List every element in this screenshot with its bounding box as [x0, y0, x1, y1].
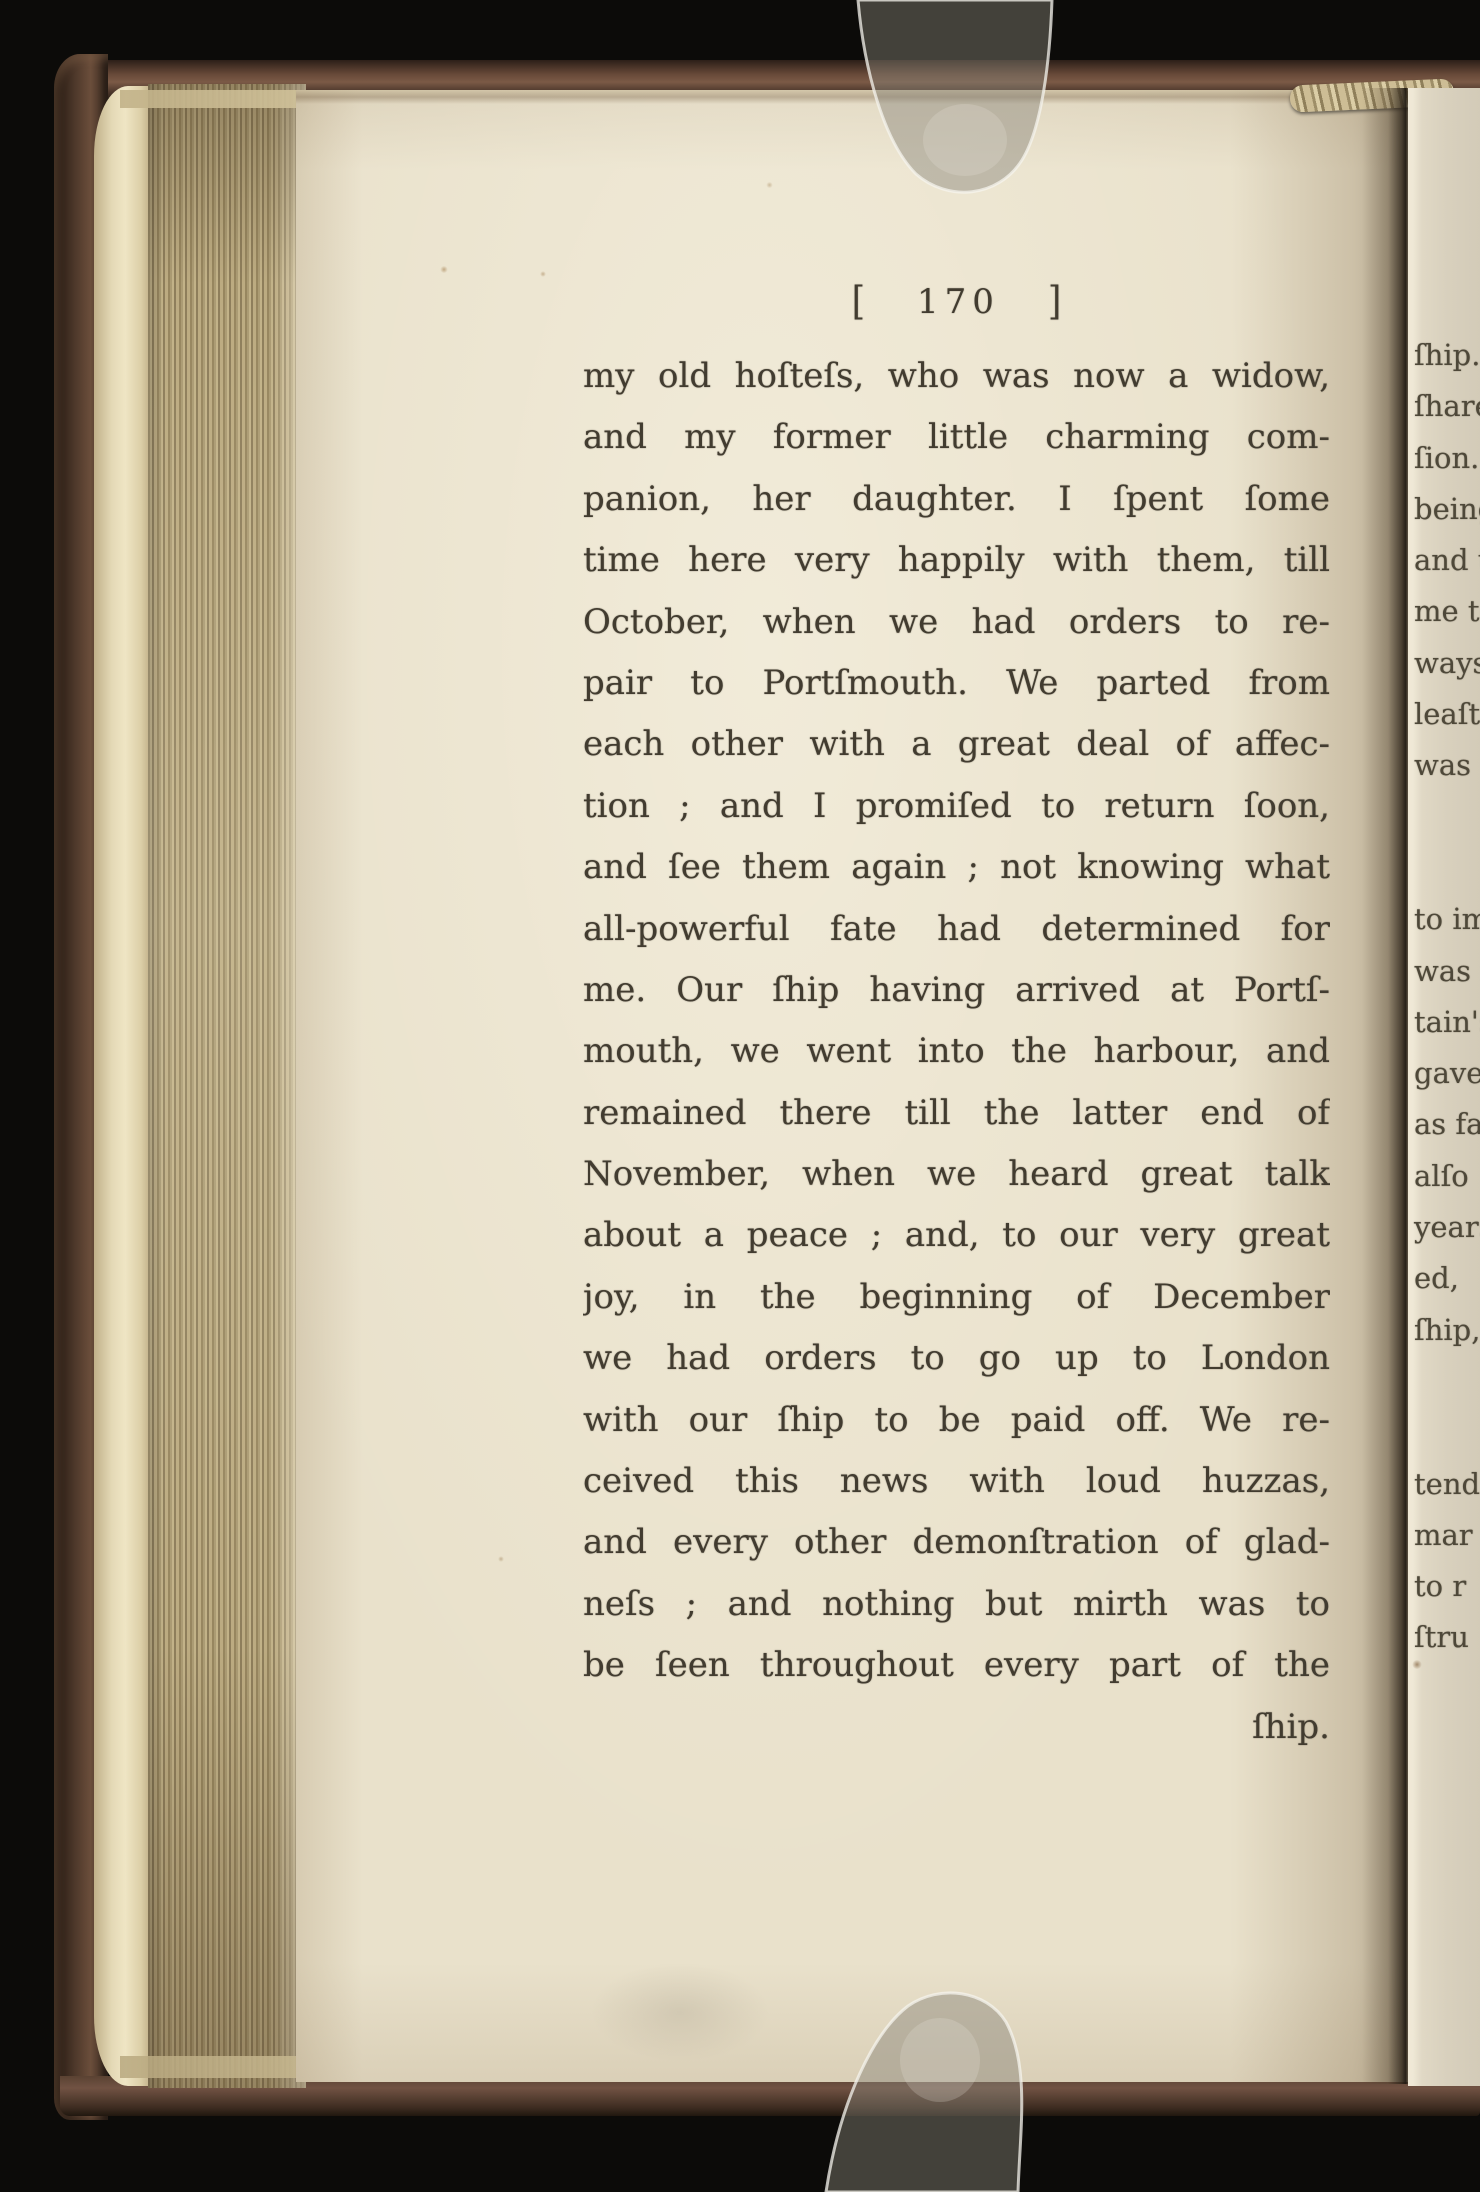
text-line: remained there till the latter end of	[583, 1083, 1330, 1144]
text-line: October, when we had orders to re-	[583, 592, 1330, 653]
right-page-edge: ſhip.ſhare oſion.being fand thme toways …	[1408, 88, 1480, 2086]
text-line: with our ſhip to be paid off. We re-	[583, 1390, 1330, 1451]
fragment-line	[1414, 843, 1480, 894]
text-line: and ſee them again ; not knowing what	[583, 837, 1330, 898]
text-line-final: ſhip.	[583, 1697, 1330, 1758]
foxing-spot	[498, 1556, 504, 1562]
text-line: each other with a great deal of affec-	[583, 714, 1330, 775]
fragment-line: was in	[1414, 946, 1480, 997]
fragment-line: and th	[1414, 535, 1480, 586]
page-number: 170	[917, 282, 1000, 322]
text-block: my old hoſteſs, who was now a widow,and …	[583, 346, 1330, 1758]
text-line: be ſeen throughout every part of the	[583, 1635, 1330, 1696]
fragment-line: me to	[1414, 586, 1480, 637]
fragment-line: to r	[1414, 1561, 1480, 1612]
fragment-line: tend	[1414, 1459, 1480, 1510]
fragment-line: ſhip,	[1414, 1305, 1480, 1356]
page-smudge	[590, 1962, 770, 2062]
page-number-header: [170]	[583, 282, 1330, 344]
book-photograph: ſhip.ſhare oſion.being fand thme toways …	[0, 0, 1480, 2192]
fragment-line: ſhip.	[1414, 330, 1480, 381]
text-line: November, when we heard great talk	[583, 1144, 1330, 1205]
fragment-line: ſhare o	[1414, 381, 1480, 432]
fragment-line: was o	[1414, 740, 1480, 791]
fragment-line	[1414, 792, 1480, 843]
fragment-line: being f	[1414, 484, 1480, 535]
foxing-spot	[540, 271, 546, 277]
fragment-line: ſtru	[1414, 1612, 1480, 1663]
text-line: joy, in the beginning of December	[583, 1267, 1330, 1328]
text-line: and every other demonſtration of glad-	[583, 1512, 1330, 1573]
text-line: ceived this news with loud huzzas,	[583, 1451, 1330, 1512]
text-line: pair to Portſmouth. We parted from	[583, 653, 1330, 714]
fragment-line	[1414, 1407, 1480, 1458]
fragment-line: alſo	[1414, 1151, 1480, 1202]
text-line: about a peace ; and, to our very great	[583, 1205, 1330, 1266]
fragment-line: mar	[1414, 1510, 1480, 1561]
text-line: all-powerful fate had determined for	[583, 899, 1330, 960]
close-bracket: ]	[1048, 279, 1061, 325]
text-line: and my former little charming com-	[583, 407, 1330, 468]
open-bracket: [	[852, 279, 865, 325]
fragment-line: ways l	[1414, 638, 1480, 689]
first-page-curled-edge	[94, 86, 154, 2086]
text-line: neſs ; and nothing but mirth was to	[583, 1574, 1330, 1635]
fragment-line	[1414, 1356, 1480, 1407]
text-line: my old hoſteſs, who was now a widow,	[583, 346, 1330, 407]
text-line: panion, her daughter. I ſpent ſome	[583, 469, 1330, 530]
gutter-shadow	[1362, 88, 1414, 2084]
foxing-spot	[766, 182, 773, 188]
fragment-line: leaſt	[1414, 689, 1480, 740]
text-line: time here very happily with them, till	[583, 530, 1330, 591]
fore-edge-page-stack	[148, 84, 306, 2088]
foxing-spot	[1412, 1660, 1422, 1669]
fragment-line: tain's	[1414, 997, 1480, 1048]
fragment-line: gave	[1414, 1048, 1480, 1099]
text-line: mouth, we went into the harbour, and	[583, 1021, 1330, 1082]
text-line: tion ; and I promiſed to return ſoon,	[583, 776, 1330, 837]
fragment-line: as fa	[1414, 1099, 1480, 1150]
fragment-line: ſion.	[1414, 433, 1480, 484]
fragment-line: ed,	[1414, 1253, 1480, 1304]
right-edge-fragments: ſhip.ſhare oſion.being fand thme toways …	[1414, 330, 1480, 1664]
fragment-line: to imp	[1414, 894, 1480, 945]
text-line: we had orders to go up to London	[583, 1328, 1330, 1389]
fragment-line: years	[1414, 1202, 1480, 1253]
text-line: me. Our ſhip having arrived at Portſ-	[583, 960, 1330, 1021]
foxing-spot	[440, 266, 448, 273]
